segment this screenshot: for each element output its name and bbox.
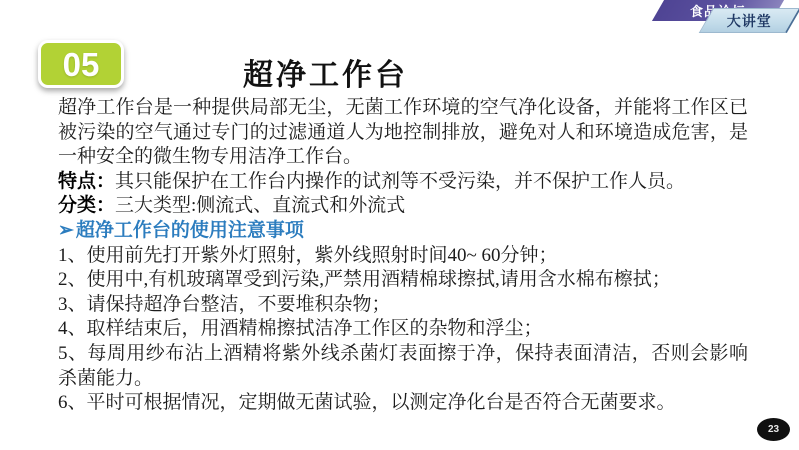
lecture-badge: 大讲堂 (699, 8, 799, 33)
section-number: 05 (63, 48, 100, 81)
note-item: 3、请保持超净台整洁，不要堆积杂物； (58, 293, 748, 318)
slide-title: 超净工作台 (243, 50, 408, 94)
notes-heading: ➢超净工作台的使用注意事项 (58, 219, 748, 244)
arrowhead-icon: ➢ (58, 220, 74, 241)
intro-paragraph: 超净工作台是一种提供局部无尘，无菌工作环境的空气净化设备，并能将工作区已被污染的… (58, 96, 748, 170)
features-label: 特点： (58, 171, 115, 192)
section-number-badge: 05 (38, 40, 124, 88)
note-item: 4、取样结束后，用酒精棉擦拭洁净工作区的杂物和浮尘； (58, 317, 748, 342)
classification-text: 三大类型:侧流式、直流式和外流式 (115, 195, 405, 216)
slide-body: 超净工作台是一种提供局部无尘，无菌工作环境的空气净化设备，并能将工作区已被污染的… (58, 96, 748, 416)
classification-line: 分类：三大类型:侧流式、直流式和外流式 (58, 194, 748, 219)
lecture-badge-label: 大讲堂 (727, 11, 772, 31)
presentation-slide: 食品论坛 大讲堂 05 超净工作台 超净工作台是一种提供局部无尘，无菌工作环境的… (0, 0, 799, 450)
note-item: 1、使用前先打开紫外灯照射，紫外线照射时间40~ 60分钟； (58, 244, 748, 269)
page-number-badge: 23 (757, 418, 790, 441)
classification-label: 分类： (58, 195, 115, 216)
note-item: 5、每周用纱布沾上酒精将紫外线杀菌灯表面擦于净，保持表面清洁，否则会影响杀菌能力… (58, 342, 748, 391)
features-text: 其只能保护在工作台内操作的试剂等不受污染，并不保护工作人员。 (115, 171, 685, 192)
note-item: 6、平时可根据情况，定期做无菌试验，以测定净化台是否符合无菌要求。 (58, 391, 748, 416)
notes-heading-text: 超净工作台的使用注意事项 (76, 220, 304, 241)
note-item: 2、使用中,有机玻璃罩受到污染,严禁用酒精棉球擦拭,请用含水棉布檫拭； (58, 268, 748, 293)
features-line: 特点：其只能保护在工作台内操作的试剂等不受污染，并不保护工作人员。 (58, 170, 748, 195)
notes-list: 1、使用前先打开紫外灯照射，紫外线照射时间40~ 60分钟； 2、使用中,有机玻… (58, 244, 748, 416)
page-number: 23 (768, 424, 779, 435)
